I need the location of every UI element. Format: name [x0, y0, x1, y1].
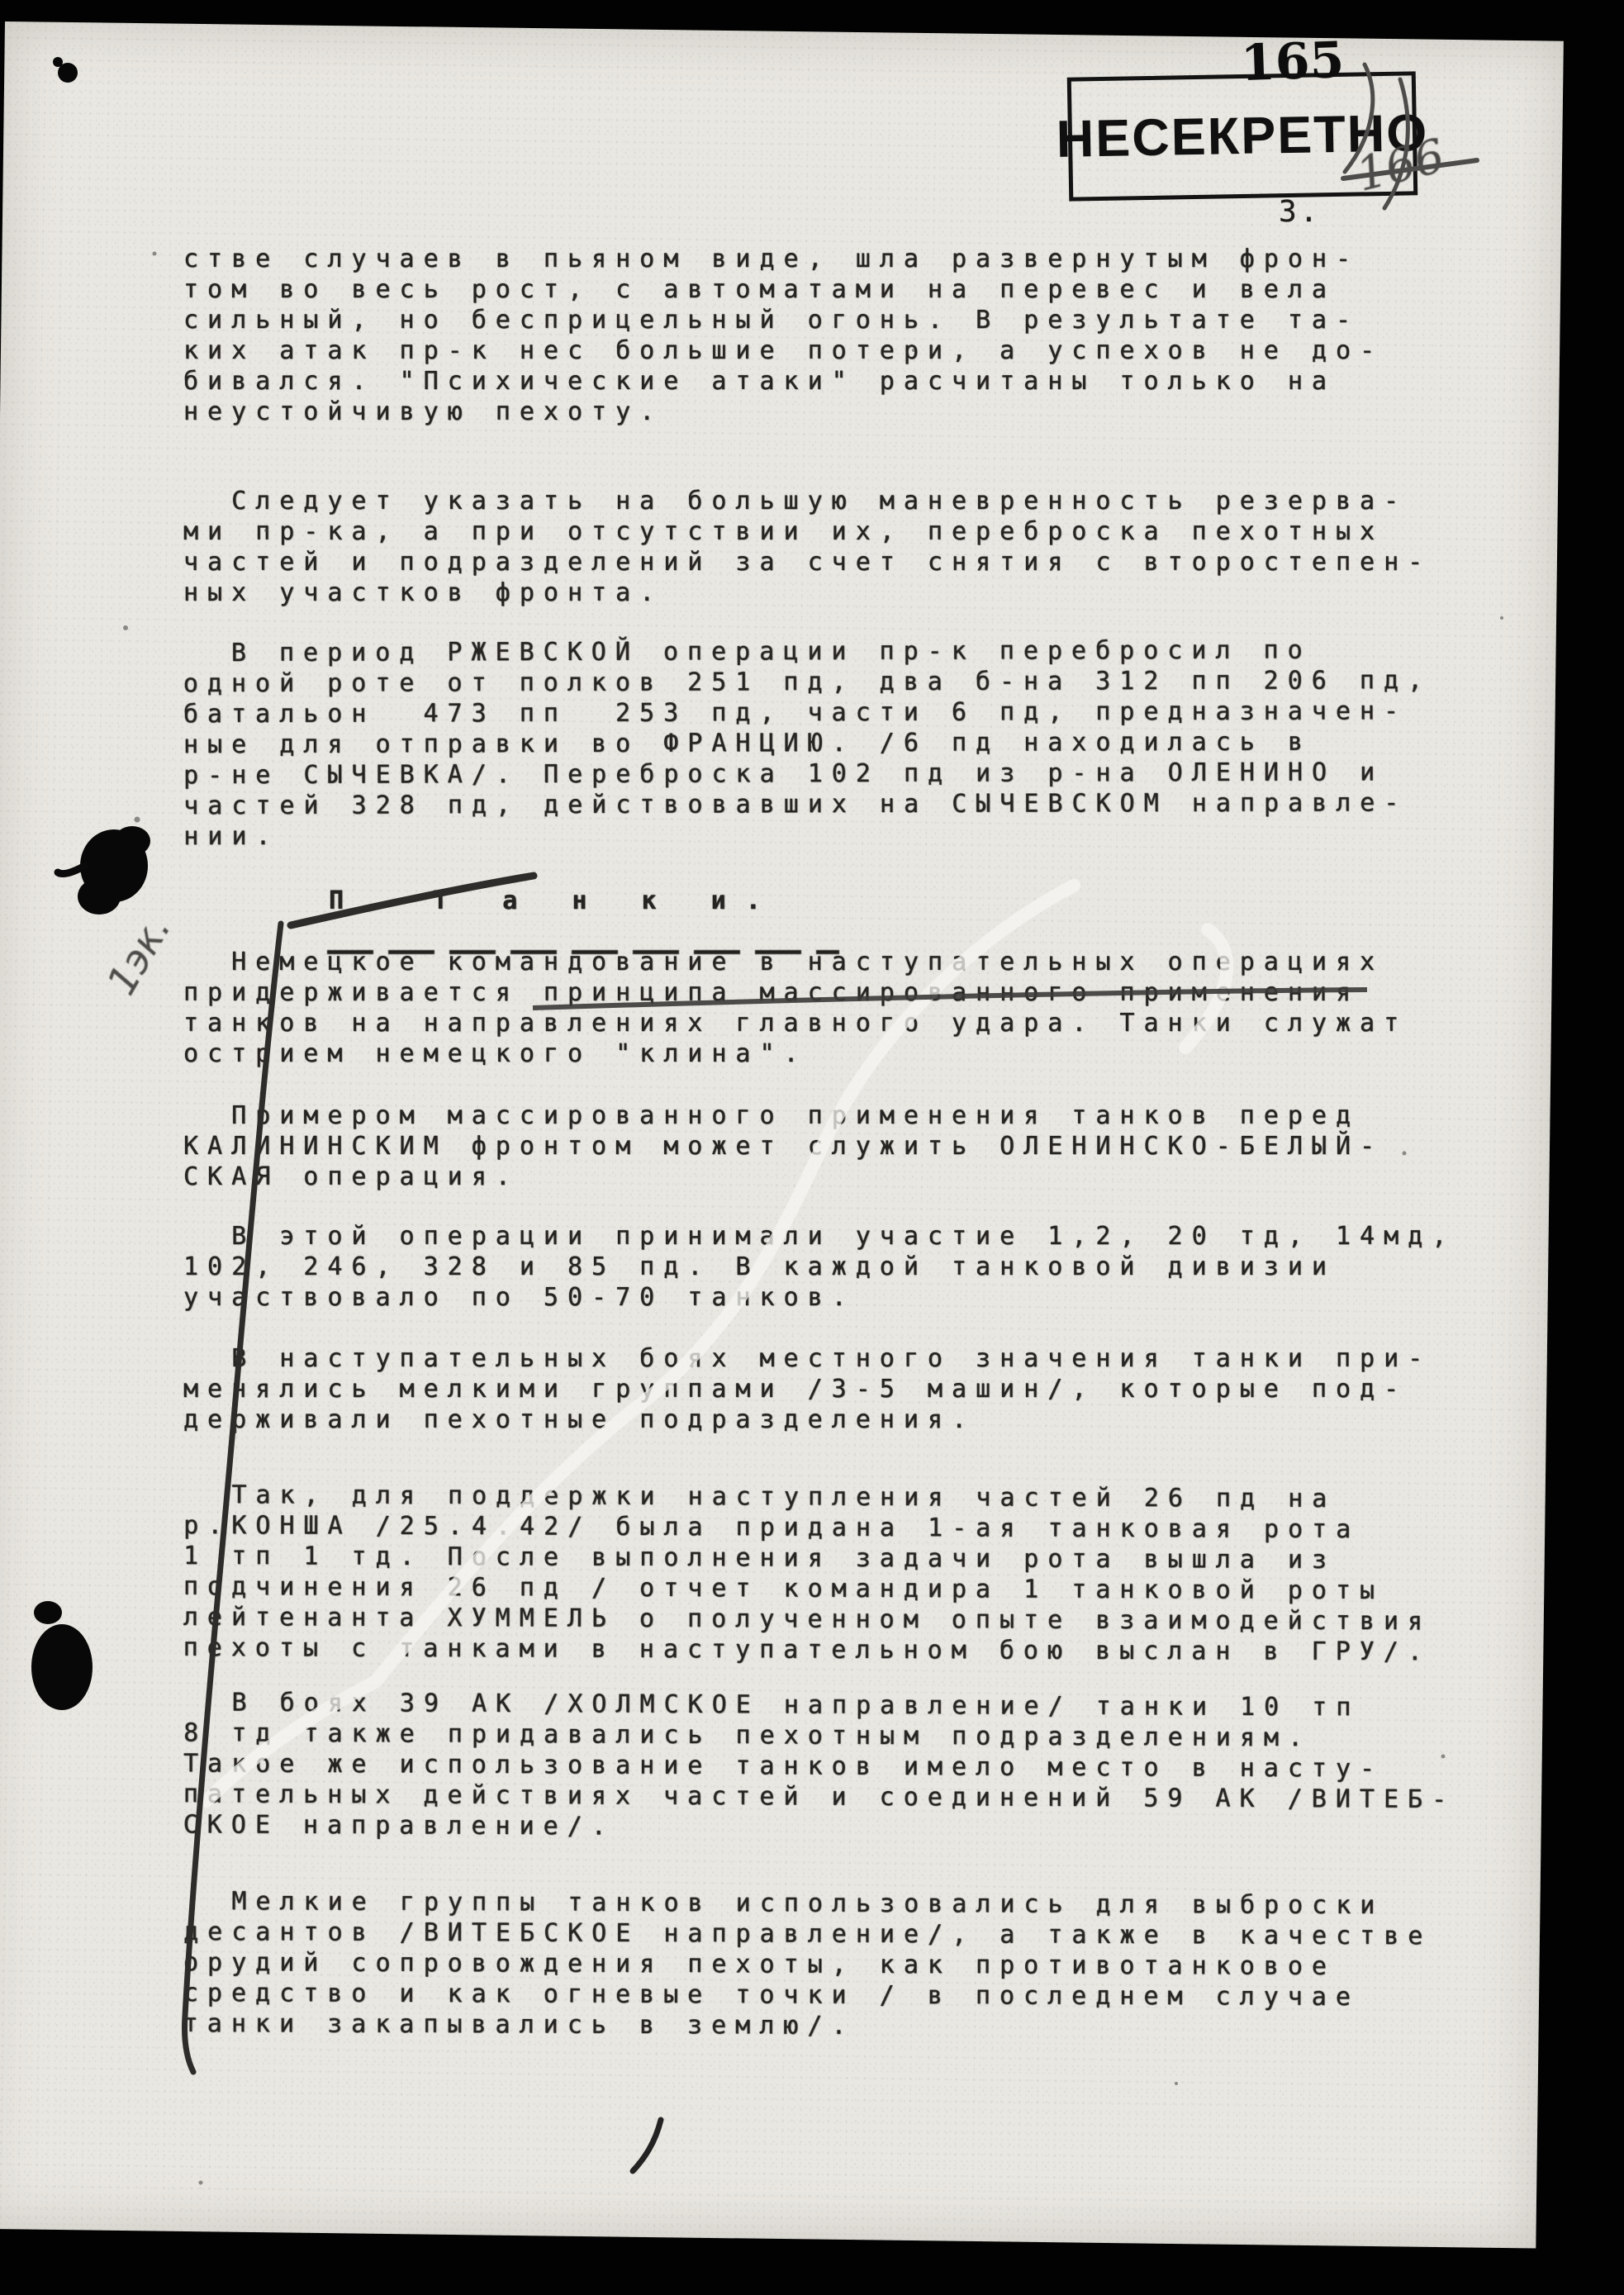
scanned-document-page: НЕСЕКРЕТНО 165 166 3. 1эк. стве случаев … — [0, 0, 1624, 2295]
ink-blots — [31, 57, 150, 1710]
paragraph-5: Примером массированного применения танко… — [183, 1100, 1588, 1192]
typed-page-number: 3. — [1279, 195, 1321, 229]
paragraph-7: В наступательных боях местного значения … — [183, 1343, 1588, 1435]
section-heading-tanks: П. Т а н к и. — [329, 886, 781, 916]
paragraph-3: В период РЖЕВСКОЙ операции пр-к переброс… — [183, 634, 1588, 852]
ink-blot-tail — [58, 866, 85, 874]
paragraph-9: В боях 39 АК /ХОЛМСКОЕ направление/ танк… — [183, 1687, 1588, 1846]
paragraph-8: Так, для поддержки наступления частей 26… — [183, 1480, 1588, 1668]
bottom-handwritten-mark — [633, 2120, 661, 2171]
paragraph-4: Немецкое командование в наступательных о… — [183, 947, 1588, 1069]
archive-page-number-stamp: 165 — [1240, 31, 1346, 93]
paragraph-6: В этой операции принимали участие 1,2, 2… — [183, 1221, 1588, 1313]
margin-handwritten-note: 1эк. — [98, 907, 180, 1003]
page-content: НЕСЕКРЕТНО 165 166 3. 1эк. стве случаев … — [0, 0, 1624, 2295]
paragraph-10: Мелкие группы танков использовались для … — [183, 1886, 1588, 2044]
paragraph-1: стве случаев в пьяном виде, шла разверну… — [183, 244, 1588, 427]
paragraph-2: Следует указать на большую маневренность… — [183, 486, 1588, 608]
